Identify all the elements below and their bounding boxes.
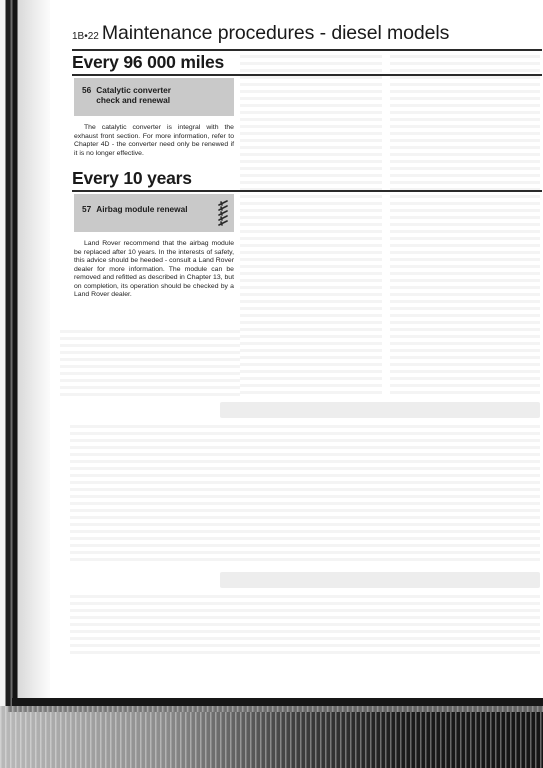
spanner-rating-icon [217,200,229,226]
page-header: 1B•22Maintenance procedures - diesel mod… [72,22,449,45]
task-title-text: Airbag module renewal [96,204,187,214]
task-box-56: 56 Catalytic converter check and renewal [74,78,234,116]
section-heading-10-years: Every 10 years [72,168,192,189]
manual-page: 1B•22Maintenance procedures - diesel mod… [50,0,543,698]
section-rule [72,190,542,192]
scan-bottom-artifact-strip [8,706,543,712]
section-rule [72,74,542,76]
show-through-heading-2 [220,572,540,588]
page-number: 1B•22 [72,31,99,42]
scan-bottom-artifact [0,706,543,768]
task-title-57: 57 Airbag module renewal [82,204,226,214]
show-through-block-3 [70,595,540,655]
scan-page-bottom-edge [12,698,543,706]
show-through-column-left-lower [60,330,240,400]
show-through-heading-1 [220,402,540,418]
header-rule [72,49,542,51]
show-through-column-right [390,55,540,395]
task-number: 56 [82,85,91,105]
section-heading-96000-miles: Every 96 000 miles [72,52,224,73]
task-body-56: The catalytic converter is integral with… [74,124,234,158]
task-title-56: 56 Catalytic converter check and renewal [82,85,226,105]
page-gutter-shadow [18,0,50,700]
task-title-text: Catalytic converter check and renewal [96,85,196,105]
task-box-57: 57 Airbag module renewal [74,194,234,232]
show-through-column-middle [240,55,382,395]
page-title: Maintenance procedures - diesel models [102,22,449,44]
task-number: 57 [82,204,91,214]
task-body-57: Land Rover recommend that the airbag mod… [74,240,234,300]
show-through-block-2 [70,425,540,565]
